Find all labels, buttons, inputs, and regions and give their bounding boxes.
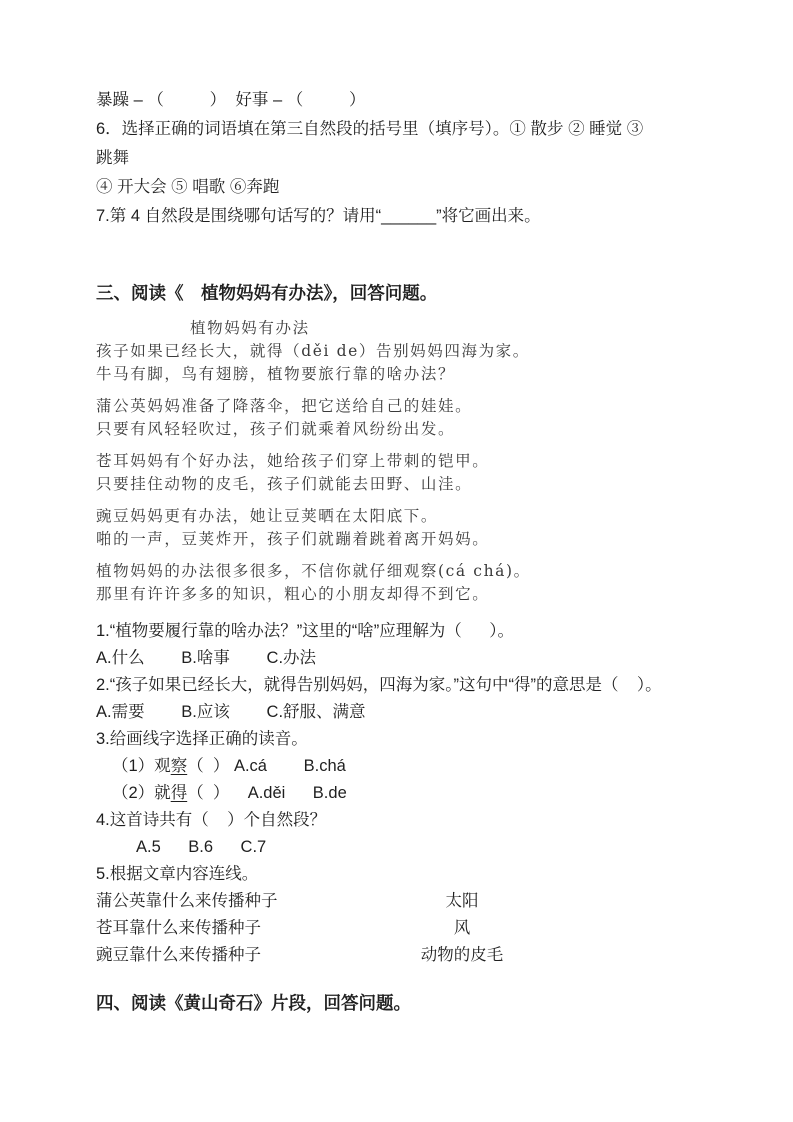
poem-line: 只要挂住动物的皮毛，孩子们就能去田野、山洼。 [96, 473, 723, 496]
question-1: 1.“植物要履行靠的啥办法？”这里的“啥”应理解为（ ）。 [96, 618, 723, 645]
antonym-fill-line: 暴躁 – （ ） 好事 – （ ） [96, 86, 723, 115]
top-questions-block: 暴躁 – （ ） 好事 – （ ） 6．选择正确的词语填在第三自然段的括号里（填… [96, 86, 723, 231]
question-2-options: A.需要 B.应该 C.舒服、满意 [96, 699, 723, 726]
poem-stanza-3: 苍耳妈妈有个好办法，她给孩子们穿上带刺的铠甲。 只要挂住动物的皮毛，孩子们就能去… [96, 450, 723, 496]
q3-sub1-rest: （ ） A.cá B.chá [187, 757, 346, 775]
worksheet-page: 暴躁 – （ ） 好事 – （ ） 6．选择正确的词语填在第三自然段的括号里（填… [0, 0, 793, 1122]
poem-stanza-4: 豌豆妈妈更有办法，她让豆荚晒在太阳底下。 啪的一声，豆荚炸开，孩子们就蹦着跳着离… [96, 505, 723, 551]
poem-line: 牛马有脚，鸟有翅膀，植物要旅行靠的啥办法？ [96, 363, 723, 386]
match-left-dandelion: 蒲公英靠什么来传播种子 [96, 888, 402, 915]
match-row-2: 苍耳靠什么来传播种子 风 [96, 915, 723, 942]
q3-sub2-rest: （ ） A.děi B.de [187, 784, 347, 802]
poem-line: 啪的一声，豆荚炸开，孩子们就蹦着跳着离开妈妈。 [96, 528, 723, 551]
poem-plant-mothers: 植物妈妈有办法 孩子如果已经长大，就得（děi de）告别妈妈四海为家。 牛马有… [96, 317, 723, 606]
poem-stanza-5: 植物妈妈的办法很多很多，不信你就仔细观察(cá chá)。 那里有许许多多的知识… [96, 560, 723, 606]
match-left-cocklebur: 苍耳靠什么来传播种子 [96, 915, 402, 942]
poem-title: 植物妈妈有办法 [96, 317, 723, 340]
match-left-pea: 豌豆靠什么来传播种子 [96, 942, 402, 969]
q3-sub2-underlined-char: 得 [171, 784, 188, 802]
poem-stanza-1: 孩子如果已经长大，就得（děi de）告别妈妈四海为家。 牛马有脚，鸟有翅膀，植… [96, 340, 723, 386]
question-6-line-1: 6．选择正确的词语填在第三自然段的括号里（填序号）。① 散步 ② 睡觉 ③ [96, 115, 723, 144]
match-right-animal-fur: 动物的皮毛 [402, 942, 522, 969]
question-6-line-2: 跳舞 [96, 144, 723, 173]
poem-stanza-2: 蒲公英妈妈准备了降落伞，把它送给自己的娃娃。 只要有风轻轻吹过，孩子们就乘着风纷… [96, 395, 723, 441]
poem-line: 只要有风轻轻吹过，孩子们就乘着风纷纷出发。 [96, 418, 723, 441]
match-right-wind: 风 [402, 915, 522, 942]
q3-sub1-prefix: （1）观 [112, 757, 171, 775]
question-3-sub-1: （1）观察（ ） A.cá B.chá [96, 753, 723, 780]
question-5: 5.根据文章内容连线。 [96, 861, 723, 888]
q3-sub1-underlined-char: 察 [171, 757, 188, 775]
section3-questions: 1.“植物要履行靠的啥办法？”这里的“啥”应理解为（ ）。 A.什么 B.啥事 … [96, 618, 723, 969]
question-1-options: A.什么 B.啥事 C.办法 [96, 645, 723, 672]
question-6-line-3: ④ 开大会 ⑤ 唱歌 ⑥奔跑 [96, 173, 723, 202]
poem-line: 那里有许许多多的知识，粗心的小朋友却得不到它。 [96, 583, 723, 606]
poem-line: 孩子如果已经长大，就得（děi de）告别妈妈四海为家。 [96, 340, 723, 363]
question-7-line: 7.第 4 自然段是围绕哪句话写的？请用“______”将它画出来。 [96, 202, 723, 231]
question-2: 2.“孩子如果已经长大，就得告别妈妈，四海为家。”这句中“得”的意思是（ ）。 [96, 672, 723, 699]
question-4: 4.这首诗共有（ ）个自然段？ [96, 807, 723, 834]
poem-line: 蒲公英妈妈准备了降落伞，把它送给自己的娃娃。 [96, 395, 723, 418]
question-4-options: A.5 B.6 C.7 [96, 834, 723, 861]
match-row-1: 蒲公英靠什么来传播种子 太阳 [96, 888, 723, 915]
q3-sub2-prefix: （2）就 [112, 784, 171, 802]
section3-heading: 三、阅读《 植物妈妈有办法》，回答问题。 [96, 281, 723, 305]
match-row-3: 豌豆靠什么来传播种子 动物的皮毛 [96, 942, 723, 969]
poem-line: 豌豆妈妈更有办法，她让豆荚晒在太阳底下。 [96, 505, 723, 528]
poem-line: 植物妈妈的办法很多很多，不信你就仔细观察(cá chá)。 [96, 560, 723, 583]
question-3-sub-2: （2）就得（ ） A.děi B.de [96, 780, 723, 807]
section4-heading: 四、阅读《黄山奇石》片段，回答问题。 [96, 991, 723, 1015]
question-3: 3.给画线字选择正确的读音。 [96, 726, 723, 753]
match-right-sun: 太阳 [402, 888, 522, 915]
poem-line: 苍耳妈妈有个好办法，她给孩子们穿上带刺的铠甲。 [96, 450, 723, 473]
